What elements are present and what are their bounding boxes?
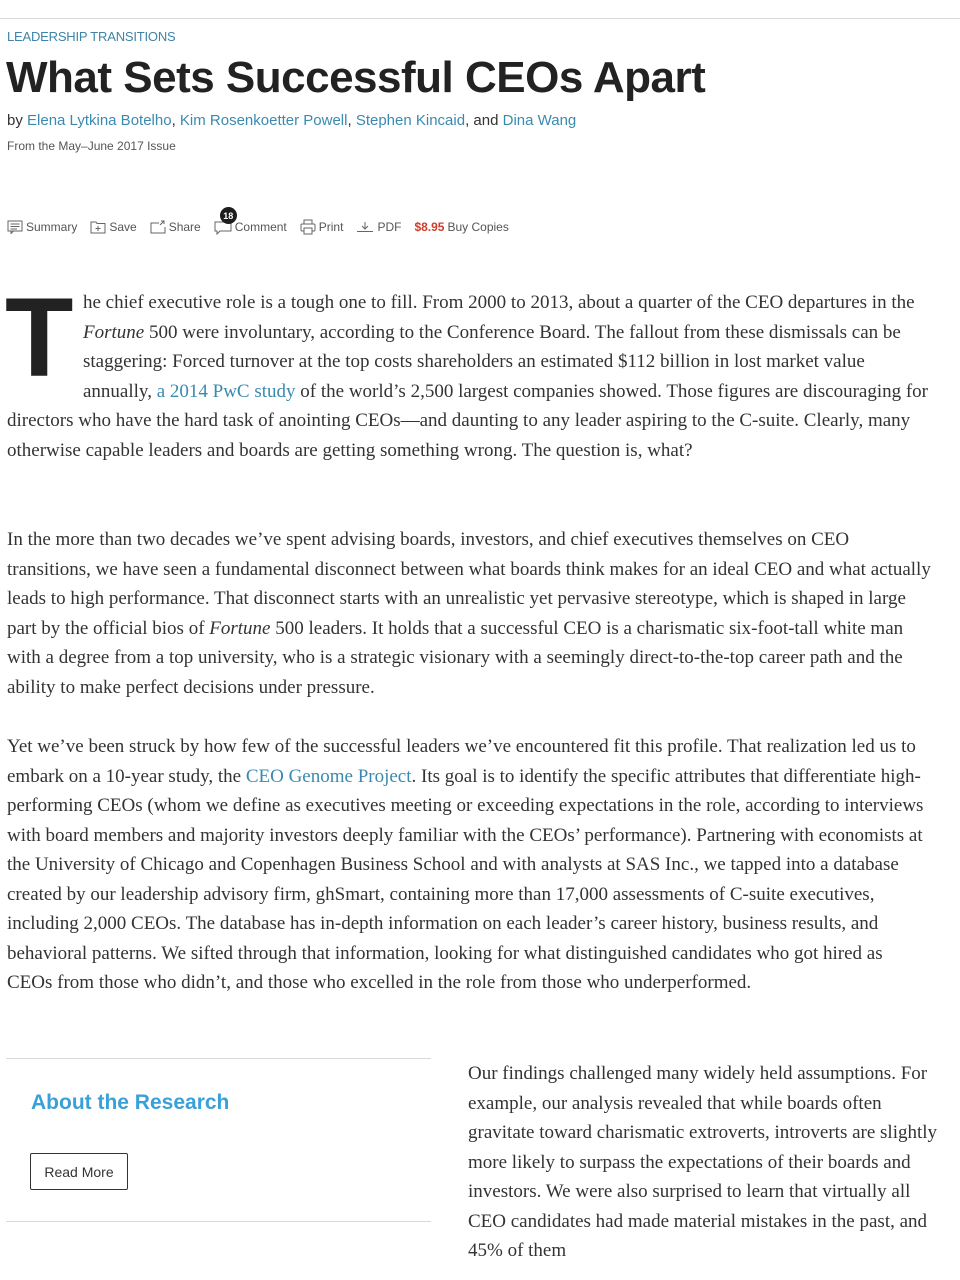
paragraph-text: . Its goal is to identify the specific a… bbox=[7, 766, 923, 994]
separator: , bbox=[347, 112, 355, 129]
article-paragraph: Yet we’ve been struck by how few of the … bbox=[7, 732, 932, 998]
comment-label: Comment bbox=[235, 220, 287, 234]
issue-info: From the May–June 2017 Issue bbox=[7, 139, 176, 153]
article-toolbar: Summary Save Share 18 Comment Print PDF … bbox=[7, 219, 522, 235]
article-paragraph: Our findings challenged many widely held… bbox=[468, 1059, 938, 1266]
paragraph-text: he chief executive role is a tough one t… bbox=[83, 292, 915, 313]
print-label: Print bbox=[319, 220, 344, 234]
pwc-study-link[interactable]: a 2014 PwC study bbox=[157, 381, 296, 402]
author-link[interactable]: Kim Rosenkoetter Powell bbox=[180, 112, 348, 129]
publication-name: Fortune bbox=[83, 322, 144, 343]
article-paragraph: The chief executive role is a tough one … bbox=[7, 288, 932, 465]
comment-count-badge: 18 bbox=[220, 207, 237, 224]
sidebar-title: About the Research bbox=[31, 1091, 229, 1115]
separator: , bbox=[172, 112, 180, 129]
buy-copies-button[interactable]: $8.95 Buy Copies bbox=[414, 220, 508, 234]
author-link[interactable]: Dina Wang bbox=[503, 112, 577, 129]
save-label: Save bbox=[109, 220, 136, 234]
buy-copies-label: Buy Copies bbox=[447, 220, 508, 234]
summary-label: Summary bbox=[26, 220, 77, 234]
author-link[interactable]: Elena Lytkina Botelho bbox=[27, 112, 172, 129]
publication-name: Fortune bbox=[209, 618, 270, 639]
article-title: What Sets Successful CEOs Apart bbox=[6, 52, 705, 104]
price: $8.95 bbox=[414, 220, 444, 234]
read-more-button[interactable]: Read More bbox=[30, 1153, 128, 1190]
top-divider bbox=[0, 18, 960, 19]
drop-cap: T bbox=[5, 294, 73, 394]
share-label: Share bbox=[169, 220, 201, 234]
about-research-box: About the Research Read More bbox=[6, 1058, 431, 1222]
summary-icon bbox=[7, 220, 23, 234]
download-icon bbox=[356, 221, 374, 233]
pdf-button[interactable]: PDF bbox=[356, 220, 401, 234]
byline: by Elena Lytkina Botelho, Kim Rosenkoett… bbox=[7, 112, 576, 129]
topic-link[interactable]: LEADERSHIP TRANSITIONS bbox=[7, 29, 176, 44]
share-icon bbox=[150, 220, 166, 234]
article-paragraph: In the more than two decades we’ve spent… bbox=[7, 525, 932, 702]
print-button[interactable]: Print bbox=[300, 219, 344, 235]
save-icon bbox=[90, 220, 106, 234]
by-label: by bbox=[7, 112, 23, 129]
ceo-genome-project-link[interactable]: CEO Genome Project bbox=[246, 766, 412, 787]
share-button[interactable]: Share bbox=[150, 220, 201, 234]
save-button[interactable]: Save bbox=[90, 220, 136, 234]
print-icon bbox=[300, 219, 316, 235]
summary-button[interactable]: Summary bbox=[7, 220, 77, 234]
separator: , and bbox=[465, 112, 503, 129]
author-link[interactable]: Stephen Kincaid bbox=[356, 112, 465, 129]
pdf-label: PDF bbox=[377, 220, 401, 234]
comment-button[interactable]: 18 Comment bbox=[214, 219, 287, 235]
